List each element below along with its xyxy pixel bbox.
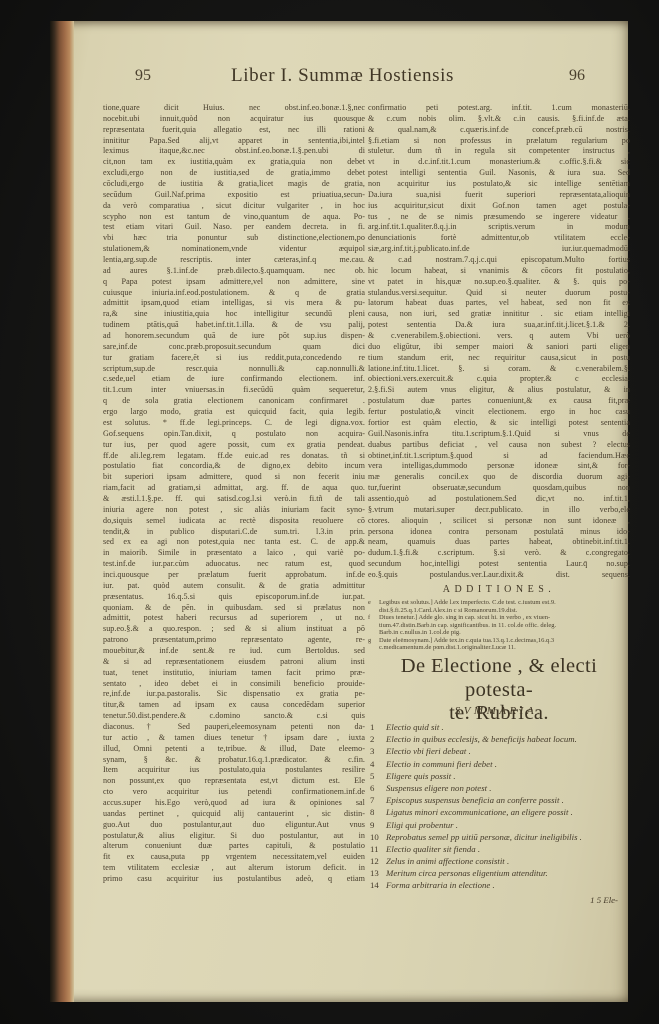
item-number: 13 [368,867,386,879]
text-line: guo.Aut duo postulantur,aut duo eliguntu… [103,820,365,831]
item-number: 1 [368,721,386,733]
item-text: Forma arbitraria in electione . [386,879,630,891]
line-text: ff.de ali.leg.rem legatam. ff.de euic.ad… [103,451,365,460]
text-line: alterum conueniunt duæ partes capituli, … [103,841,365,852]
text-line: sed ex ea agi non potest,quia nec tanta … [103,537,365,548]
text-line: Guil.Nasonis.infra titu.1.scriptum.§.1.Q… [368,429,630,440]
text-line: & c.venerabilem.§.obiectioni. vers. q au… [368,331,630,342]
text-line: tur,fuerint obseruatæ,secundum quosdam,q… [368,483,630,494]
text-line: siæ,arg.inf.tit.j.publicato.inf.de iur.i… [368,244,630,255]
note-text: tium.47.distin.Barb.in cap. significanti… [379,622,556,629]
text-line: hic locum habeat, si vnanimis & cōcors f… [368,266,630,277]
text-line: secundum hoc,intelligi potest sententia … [368,559,630,570]
summaria-list: 1Electio quid sit .2Electio in quibus ec… [368,721,630,892]
summaria-item: 8Ligatus minori excommunicatione, an eli… [368,806,630,818]
note-line: c.medicamentum.de pœn.dist.1.originalite… [368,644,630,652]
line-text: iur. pat. quòd autem consulit. & de grat… [103,581,365,590]
text-line: & c.ad nostram.7.q.j.c.qui episcopatum.M… [368,255,630,266]
text-line: tur ius, per quod agere possit, cum ex g… [103,440,365,451]
text-line: ctores. alioquin , scilicet si personæ n… [368,516,630,527]
text-line: cit,non tam ex iustitia,quàm ex gratia,q… [103,157,365,168]
text-line: obtinet,inf.tit.1.scriptum.§.quod si ad … [368,451,630,462]
text-line: nocebit.ubi innuit,quòd non acquiratur i… [103,114,365,125]
item-text: Eligere quis possit . [386,770,630,782]
line-text: sare,inf.de conc.præb.proposuit.secundum… [103,342,365,351]
text-line: tit.1.cum inter vniuersas.in fi.secūdū q… [103,385,365,396]
text-line: bit superiori ipsam admittere, quod si n… [103,472,365,483]
summaria-item: 6Suspensus eligere non potest . [368,782,630,794]
line-text: leximus itaque,&c.nec obst.inf.eo.bonæ.1… [103,146,365,155]
book-spine-edge [50,21,74,1002]
text-line: latorum habeat duas partes, vel habeat, … [368,298,630,309]
text-line: 13diaconus.† Sed pauperi,eleemosynam pet… [103,722,365,733]
item-text: Electio vbi fieri debeat . [386,745,630,757]
line-text: q Papa potest ipsam admittere,vel non ad… [103,277,365,286]
text-line: da verò comparatiua , sicut dicitur vulg… [103,201,365,212]
text-line: titur,& tamen ad ipsam ex causa concedēd… [103,700,365,711]
text-line: §.vtrum mutari.super decr.publicato. in … [368,505,630,516]
line-text: scriptum,sup.de rescr.quia nonnulli.& ca… [103,364,365,373]
note-line: Barb.in c.nullus.in 1.col.de pig. [368,629,630,637]
note-text: Date eleēmosynam.] Adde tex.in c.quia tu… [379,637,554,644]
line-text: illud, Omni petenti a te,tribue. & illud… [103,744,365,753]
line-text: synam, § &c. & probatur.16.q.1.prædicato… [103,755,365,764]
text-line: eest solutus. * ff.de legi.princeps. C. … [103,418,365,429]
line-text: secūdum Guil.Naf.prima expositio est pri… [103,190,365,199]
text-line: stulandus.versi.sequitur. Quid si neuter… [368,288,630,299]
text-line: primo casu acquiritur ius postulantibus … [103,874,365,885]
line-text: tur ius, per quod agere possit, cum ex g… [103,440,365,449]
left-column: tione,quare dicit Huius. nec obst.inf.eo… [103,103,365,885]
text-line: ff.de ali.leg.rem legatam. ff.de euic.ad… [103,451,365,462]
text-line: mouebitur,& inf.de sent.& re iud. cum Be… [103,646,365,657]
note-text: dist.§.fi.25.q.1.Card.Alex.in c si Roman… [379,607,517,614]
text-line: præsentatus. 16.q.5.si quis episcoporum.… [103,592,365,603]
text-line: leximus itaque,&c.nec obst.inf.eo.bonæ.1… [103,146,365,157]
text-line: arg.inf.tit.1.qualiter.8.q.j.in scriptis… [368,222,630,233]
text-line: cōcludi,ergo de iustitia & gratia,licet … [103,179,365,190]
summaria-item: 2Electio in quibus ecclesijs, & benefici… [368,733,630,745]
text-line: & si ad repræsentationem eiusdem patroni… [103,657,365,668]
item-text: Eligi qui probentur . [386,819,630,831]
note-text: Barb.in c.nullus.in 1.col.de pig. [379,629,461,636]
line-text: patrono præsentatum,primo repræsentato a… [103,635,365,644]
text-line: vt patet in his,quæ no.sup.eo.§.qualiter… [368,277,630,288]
note-line: tium.47.distin.Barb.in cap. significanti… [368,622,630,630]
summaria-item: 3Electio vbi fieri debeat . [368,745,630,757]
text-line: tenetur.50.dist.pendere.& c.domino sanct… [103,711,365,722]
text-line: cuiusque iniuria.inf.eod.postulationem. … [103,288,365,299]
text-line: repræsentata fuerit,quia allegatio est, … [103,125,365,136]
text-line: q de sola gratia electionem canonicam co… [103,396,365,407]
line-text: fit ex causa,puta pp vrgentem necessitat… [103,852,365,861]
text-line: duo eligūtur, ibi semper maiori & sanior… [368,342,630,353]
text-line: ius acquiritur,sicut dixit Gof.non tamen… [368,201,630,212]
text-line: & c.cum nobis olim. §.vlt.& c.in causis.… [368,114,630,125]
catchword: 1 5 Ele- [368,895,618,905]
line-text: inci.quousque per prælatum fuerit approb… [103,570,365,579]
item-number: 7 [368,794,386,806]
text-line: sup.eo.§.& a quo.respon. ; sed & si aliu… [103,624,365,635]
page-number-right: 96 [569,67,585,85]
text-line: excludi,ergo non de iustitia,sed de grat… [103,168,365,179]
text-line: inci.quousque per prælatum fuerit approb… [103,570,365,581]
item-text: Episcopus suspensus beneficia an conferr… [386,794,630,806]
line-text: scypho non est tantum de vino,quantum de… [103,212,365,221]
line-text: cōcludi,ergo de iustitia & gratia,licet … [103,179,365,188]
item-number: 10 [368,831,386,843]
line-text: & si ad repræsentationem eiusdem patroni… [103,657,365,666]
note-text: Diues tenetur.] Adde glo. sing in cap. s… [379,614,550,621]
line-text: postulatur,& alius eligitur. Si duo post… [103,831,365,840]
text-line: scriptum,sup.de rescr.quia nonnulli.& ca… [103,364,365,375]
summaria-item: 7Episcopus suspensus beneficia an confer… [368,794,630,806]
text-line: vera intelligas,dummodo personæ idoneæ s… [368,461,630,472]
line-text: & æsti.l.1.§.pe. ff. qui satisd.cog.l.si… [103,494,365,503]
text-line: tem vtilitatem ecclesiæ , aut alterum is… [103,863,365,874]
line-text: riam,facit ad gratiam,si admittat, arg. … [103,483,365,492]
item-text: Electio qualiter sit fienda . [386,843,630,855]
line-text: do,siquis semel iudicata ac rectè dispos… [103,516,365,525]
text-line: & æsti.l.1.§.pe. ff. qui satisd.cog.l.si… [103,494,365,505]
text-line: assentio,quò ad postulationem.Sed dic,vt… [368,494,630,505]
text-line: tus , ne de se nimis præsumendo se inger… [368,212,630,223]
text-line: causa, non iuri, sed gratiæ innititur . … [368,309,630,320]
line-text: tione,quare dicit Huius. nec obst.inf.eo… [103,103,365,112]
line-text: diaconus.† Sed pauperi,eleemosynam peten… [103,722,365,731]
text-line: q Papa potest ipsam admittere,vel non ad… [103,277,365,288]
line-text: da verò comparatiua , sicut dicitur vulg… [103,201,365,210]
item-number: 4 [368,758,386,770]
line-text: sentato , ideo debet ei in consimili ben… [103,679,365,688]
text-line: tione,quare dicit Huius. nec obst.inf.eo… [103,103,365,114]
text-line: non acquiritur ius postulato,& sic intel… [368,179,630,190]
text-line: ad honorem.secundum quā de iure pōt sup.… [103,331,365,342]
text-line: ad aures §.1.inf.de præb.dilecto.§.quamq… [103,266,365,277]
text-line: non possunt,ex quo repræsentata est,vt d… [103,776,365,787]
item-text: Electio quid sit . [386,721,630,733]
text-line: potest intelligi sententia Guil. Nasonis… [368,168,630,179]
text-line: neam, quamuis duas partes habeat, obtine… [368,537,630,548]
line-text: cto vero acquiritur ius petendi confirma… [103,787,365,796]
line-text: bit superiori ipsam admittere, quod si n… [103,472,365,481]
text-line: ra,& sine iniustitia,quia hoc intelligit… [103,309,365,320]
line-text: tendit,& in publico disputari.C.de sum.t… [103,527,365,536]
note-margin-mark: g [368,637,376,645]
line-text: ergo largo modo, gratia est quicquid fac… [103,407,365,416]
line-text: admittit ipsam,quod etiam intelligas, si… [103,298,365,307]
text-line: persona idonea contra personam postulatā… [368,527,630,538]
text-line: scypho non est tantum de vino,quantum de… [103,212,365,223]
item-number: 14 [368,879,386,891]
item-text: Electio in communi fieri debet . [386,758,630,770]
line-text: cuiusque iniuria.inf.eod.postulationem. … [103,288,365,297]
text-line: fertur postulatio,& vincit electionem. e… [368,407,630,418]
line-text: accus.super his.Ego verò,quod ad iura & … [103,798,365,807]
summaria-item: 11Electio qualiter sit fienda . [368,843,630,855]
text-line: tur gratiam facere,ēt si ius reddit,puta… [103,353,365,364]
line-text: tuat, tenet institutio, iniuriam tamen f… [103,668,365,677]
text-line: c.sede,uel etiam de iure confirmando ele… [103,374,365,385]
text-line: test.inf.de iur.par.cùm aduocatus. nec r… [103,559,365,570]
line-text: non possunt,ex quo repræsentata est,vt d… [103,776,365,785]
summaria-item: 12Zelus in animi affectione consistit . [368,855,630,867]
line-text: c.sede,uel etiam de iure confirmando ele… [103,374,365,383]
text-line: vbi hæc tria ponuntur sub distinctione,e… [103,233,365,244]
text-line: tendit,& in publico disputari.C.de sum.t… [103,527,365,538]
line-text: primo casu acquiritur ius postulantibus … [103,874,365,883]
line-text: est solutus. * ff.de legi.princeps. C. d… [103,418,365,427]
text-line: stulationem,& nominationem,vnde videntur… [103,244,365,255]
line-text: guo.Aut duo postulantur,aut duo eliguntu… [103,820,365,829]
item-number: 9 [368,819,386,831]
text-line: admittit ipsam,quod etiam intelligas, si… [103,298,365,309]
summaria-item: 9Eligi qui probentur . [368,819,630,831]
item-text: Meritum circa personas eligentium attend… [386,867,630,879]
note-line: gDate eleēmosynam.] Adde tex.in c.quia t… [368,637,630,645]
text-line: postulatum duæ partes conueniunt,& ex ca… [368,396,630,407]
additiones-heading: ADDITIONES. [368,584,630,595]
item-text: Ligatus minori excommunicatione, an elig… [386,806,630,818]
text-line: fortior est quàm electio, & sic intellig… [368,418,630,429]
text-line: accus.super his.Ego verò,quod ad iura & … [103,798,365,809]
right-column: confirmatio peti potest.arg. inf.tit. 1.… [368,103,630,581]
item-number: 12 [368,855,386,867]
line-text: innititur Papa.Sed alij,vt apparet in se… [103,136,365,145]
text-line: test etiam vitari Guil. Naso. per eandem… [103,222,365,233]
text-line: Da.iura sua,nisi fuerit superiori repræs… [368,190,630,201]
line-text: alterum conueniunt duæ partes capituli, … [103,841,365,850]
line-text: tenetur.50.dist.pendere.& c.domino sanct… [103,711,365,720]
text-line: quoniam. & de pēn. in quibusdam. sed si … [103,603,365,614]
line-text: mouebitur,& inf.de sent.& re iud. cum Be… [103,646,365,655]
book-title: Liber I. Summæ Hostiensis [57,65,628,87]
item-text: Suspensus eligere non potest . [386,782,630,794]
text-line: 2.§.fi.Si autem vnus eligitur, & alius p… [368,385,630,396]
line-text: repræsentata fuerit,quia allegatio est, … [103,125,365,134]
item-number: 8 [368,806,386,818]
additiones-notes: eLegibus est solutus.] Adde l.ex imperfe… [368,599,630,652]
note-text: Legibus est solutus.] Adde l.ex imperfec… [379,599,556,606]
line-text: tudinem ptātis,quā habet.inf.tit.1.illa.… [103,320,365,329]
book-page: 95 Liber I. Summæ Hostiensis 96 tione,qu… [57,21,628,1002]
line-text: re,inf.de iur.pa.pastoralis. Sic dispens… [103,689,365,698]
line-text: test.inf.de iur.par.cùm aduocatus. nec r… [103,559,365,568]
line-text: test etiam vitari Guil. Naso. per eandem… [103,222,365,231]
note-text: c.medicamentum.de pœn.dist.1.originalite… [379,644,516,651]
text-line: fit ex causa,puta pp vrgentem necessitat… [103,852,365,863]
text-line: potest sententia Da.& iura sua,ar.inf.ti… [368,320,630,331]
text-line: postulatio fiat concordia,& de digno,ex … [103,461,365,472]
text-line: illud, Omni petenti a te,tribue. & illud… [103,744,365,755]
line-text: vbi hæc tria ponuntur sub distinctione,e… [103,233,365,242]
line-text: quoniam. & de pēn. in quibusdam. sed si … [103,603,365,612]
item-number: 11 [368,843,386,855]
text-line: tium standum erit, nec requiritur causa,… [368,353,630,364]
line-text: q de sola gratia electionem canonicam co… [103,396,365,405]
line-text: Item acquiritur ius postulato,quia postu… [103,765,365,774]
line-text: excludi,ergo non de iustitia,sed de grat… [103,168,365,177]
text-line: sentato , ideo debet ei in consimili ben… [103,679,365,690]
text-line: re,inf.de iur.pa.pastoralis. Sic dispens… [103,689,365,700]
line-text: præsentatus. 16.q.5.si quis episcoporum.… [103,592,365,601]
text-line: secūdum Guil.Naf.prima expositio est pri… [103,190,365,201]
line-text: sed ex ea agi non potest,quia nec tanta … [103,537,365,546]
line-text: titur,& tamen ad ipsam ex causa concedēd… [103,700,365,709]
text-line: ergo largo modo, gratia est quicquid fac… [103,407,365,418]
line-text: Gof.sequens opin.Tan.dixit, q postulato … [103,429,365,438]
text-line: patrono præsentatum,primo repræsentato a… [103,635,365,646]
item-number: 5 [368,770,386,782]
summaria-item: 5Eligere quis possit . [368,770,630,782]
text-line: obiectioni.vers.exercuit.& c.quia propte… [368,374,630,385]
text-line: sare,inf.de conc.præb.proposuit.secundum… [103,342,365,353]
text-line: stuletur. dum tñ in regula sit competent… [368,146,630,157]
line-text: nocebit.ubi innuit,quòd non acquiratur i… [103,114,365,123]
item-text: Electio in quibus ecclesijs, & beneficij… [386,733,630,745]
text-line: tuat, tenet institutio, iniuriam tamen f… [103,668,365,679]
text-line: lentia,arg.sup.de rescriptis. inter cæte… [103,255,365,266]
text-line: denunciationis fortè admittentur,ob vtil… [368,233,630,244]
text-line: postulatur,& alius eligitur. Si duo post… [103,831,365,842]
item-text: Reprobatus semel pp uitiū personæ, dicit… [386,831,630,843]
line-text: cit,non tam ex iustitia,quàm ex gratia,q… [103,157,365,166]
line-text: tit.1.cum inter vniuersas.in fi.secūdū q… [103,385,365,394]
text-line: uandas pertinet , quicquid alij cantauer… [103,809,365,820]
text-line: iur. pat. quòd autem consulit. & de grat… [103,581,365,592]
text-line: eo.§.quis postulandus.ver.Laur.dixit.& d… [368,570,630,581]
summaria-item: 1Electio quid sit . [368,721,630,733]
text-line: Item acquiritur ius postulato,quia postu… [103,765,365,776]
text-line: gsynam, § &c. & probatur.16.q.1.prædicat… [103,755,365,766]
section-heading-line1: De Electione , & electi potesta- [368,655,630,702]
line-text: postulatio fiat concordia,& de digno,ex … [103,461,365,470]
line-text: tur gratiam facere,ēt si ius reddit,puta… [103,353,365,362]
text-line: do,siquis semel iudicata ac rectè dispos… [103,516,365,527]
summaria-item: 10Reprobatus semel pp uitiū personæ, dic… [368,831,630,843]
note-line: fDiues tenetur.] Adde glo. sing in cap. … [368,614,630,622]
item-number: 6 [368,782,386,794]
line-text: sup.eo.§.& a quo.respon. ; sed & si aliu… [103,624,365,633]
text-line: riam,facit ad gratiam,si admittat, arg. … [103,483,365,494]
text-line: innititur Papa.Sed alij,vt apparet in se… [103,136,365,147]
item-text: Zelus in animi affectione consistit . [386,855,630,867]
line-text: iniuria agere non potest , sic aliàs ini… [103,505,365,514]
line-text: tem vtilitatem ecclesiæ , aut alterum is… [103,863,365,872]
line-text: lentia,arg.sup.de rescriptis. inter cæte… [103,255,365,264]
note-line: eLegibus est solutus.] Adde l.ex imperfe… [368,599,630,607]
note-margin-mark: f [368,614,376,622]
text-line: ftur actio , & tamen diues tenetur † ips… [103,733,365,744]
text-line: cto vero acquiritur ius petendi confirma… [103,787,365,798]
line-text: ra,& sine iniustitia,quia hoc intelligit… [103,309,365,318]
text-line: Gof.sequens opin.Tan.dixit, q postulato … [103,429,365,440]
summaria-heading: SVMMARIA. [368,705,630,717]
text-line: admittit, potest haberi recursus ad supe… [103,613,365,624]
line-text: in maiorib. Simile in præsentato a laico… [103,548,365,557]
note-line: dist.§.fi.25.q.1.Card.Alex.in c si Roman… [368,607,630,615]
text-line: §.fi.etiam si non professus in prælatum … [368,136,630,147]
text-line: in maiorib. Simile in præsentato a laico… [103,548,365,559]
text-line: iniuria agere non potest , sic aliàs ini… [103,505,365,516]
text-line: tudinem ptātis,quā habet.inf.tit.1.illa.… [103,320,365,331]
note-margin-mark: e [368,599,376,607]
summaria-item: 4Electio in communi fieri debet . [368,758,630,770]
text-line: latione.inf.titu.1.licet. §. si coram. &… [368,364,630,375]
text-line: vt in d.c.inf.tit.1.cum monasterium.& c.… [368,157,630,168]
line-text: stulationem,& nominationem,vnde videntur… [103,244,365,253]
line-text: tur actio , & tamen diues tenetur † ipsa… [103,733,365,742]
text-line: dudum.1.§.fi.& c.scriptum. §.si verò. & … [368,548,630,559]
item-number: 2 [368,733,386,745]
text-line: & qual.nam,& c.quæris.inf.de concef.præb… [368,125,630,136]
line-text: ad aures §.1.inf.de præb.dilecto.§.quamq… [103,266,365,275]
item-number: 3 [368,745,386,757]
line-text: uandas pertinet , quicquid alij cantauer… [103,809,365,818]
line-text: admittit, potest haberi recursus ad supe… [103,613,365,622]
text-line: confirmatio peti potest.arg. inf.tit. 1.… [368,103,630,114]
line-text: ad honorem.secundum quā de iure pōt sup.… [103,331,365,340]
text-line: duabus partibus deficiat , vel causa non… [368,440,630,451]
summaria-item: 13Meritum circa personas eligentium atte… [368,867,630,879]
summaria-item: 14Forma arbitraria in electione . [368,879,630,891]
text-line: mæ generalis concil.ex quo de discordia … [368,472,630,483]
